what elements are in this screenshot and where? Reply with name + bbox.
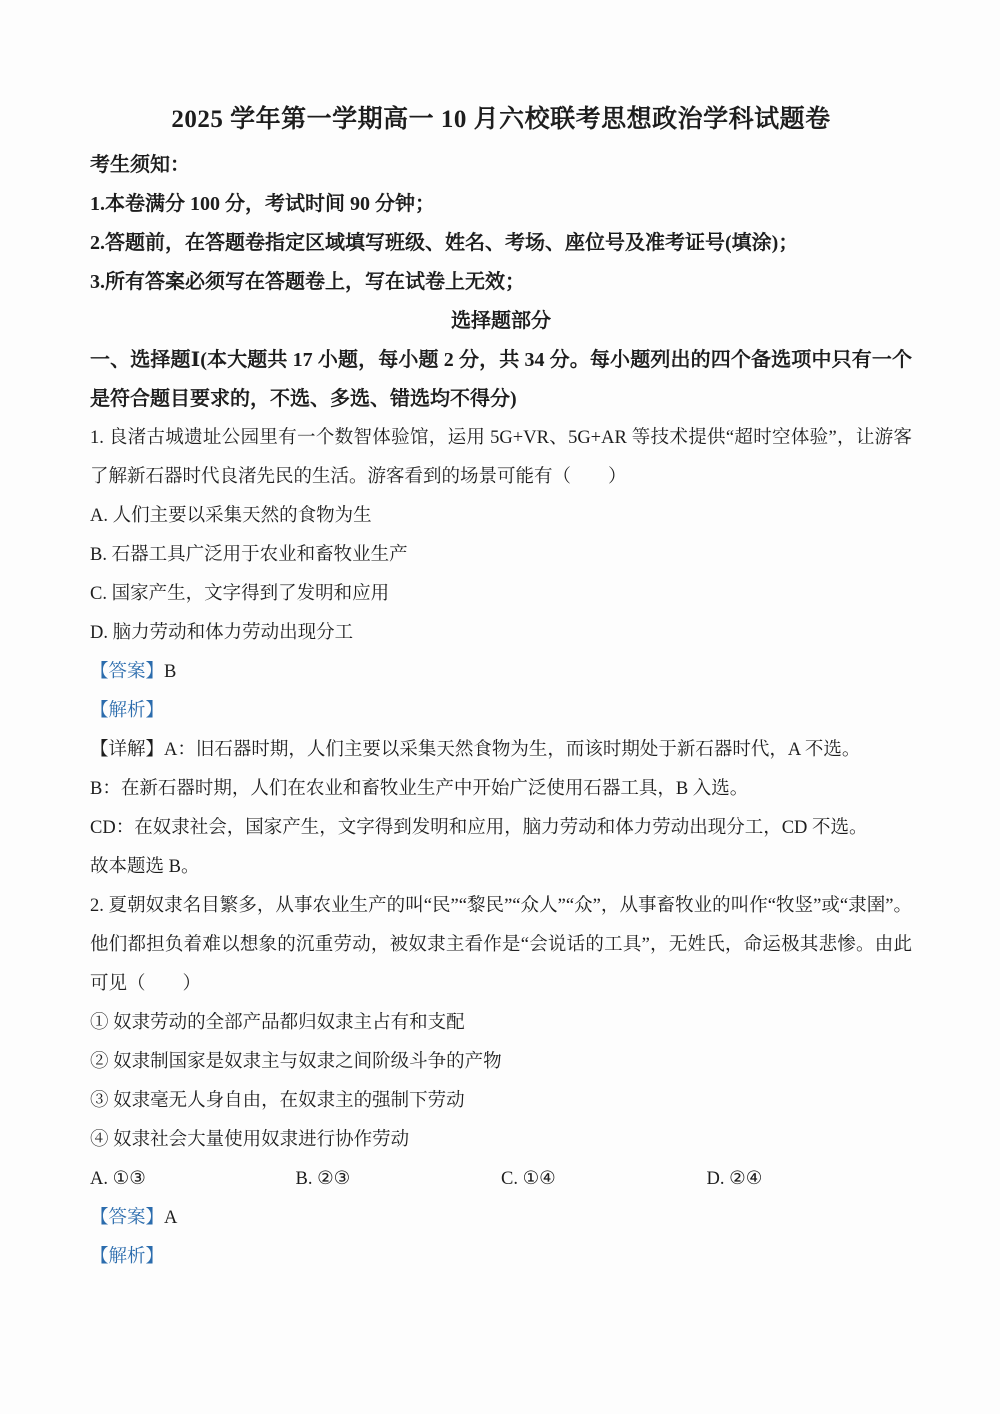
question-2-choice-b: B. ②③	[296, 1160, 502, 1199]
question-1-detail-conclusion: 故本题选 B。	[90, 848, 912, 887]
exam-paper-page: 2025 学年第一学期高一 10 月六校联考思想政治学科试题卷 考生须知： 1.…	[0, 0, 1000, 1414]
question-1-option-a: A. 人们主要以采集天然的食物为生	[90, 497, 912, 536]
part1-instruction: 一、选择题Ⅰ(本大题共 17 小题，每小题 2 分，共 34 分。每小题列出的四…	[90, 341, 912, 419]
question-1-stem: 1. 良渚古城遗址公园里有一个数智体验馆，运用 5G+VR、5G+AR 等技术提…	[90, 419, 912, 497]
answer-label: 【答案】	[90, 662, 164, 682]
answer-label: 【答案】	[90, 1208, 164, 1228]
question-2-stem: 2. 夏朝奴隶名目繁多，从事农业生产的叫“民”“黎民”“众人”“众”，从事畜牧业…	[90, 887, 912, 1004]
question-1-option-d: D. 脑力劳动和体力劳动出现分工	[90, 614, 912, 653]
question-2-subitem-1: ① 奴隶劳动的全部产品都归奴隶主占有和支配	[90, 1004, 912, 1043]
notice-item-2: 2.答题前，在答题卷指定区域填写班级、姓名、考场、座位号及准考证号(填涂)；	[90, 224, 912, 263]
notice-heading: 考生须知：	[90, 146, 912, 185]
notice-item-1: 1.本卷满分 100 分，考试时间 90 分钟；	[90, 185, 912, 224]
question-2-choices-row: A. ①③B. ②③C. ①④D. ②④	[90, 1160, 912, 1199]
question-2: 2. 夏朝奴隶名目繁多，从事农业生产的叫“民”“黎民”“众人”“众”，从事畜牧业…	[90, 887, 912, 1277]
question-1-option-b: B. 石器工具广泛用于农业和畜牧业生产	[90, 536, 912, 575]
question-1-answer-value: B	[164, 662, 176, 682]
question-2-choice-a: A. ①③	[90, 1160, 296, 1199]
section-heading: 选择题部分	[90, 302, 912, 341]
question-1-detail-line-2: B：在新石器时期，人们在农业和畜牧业生产中开始广泛使用石器工具，B 入选。	[90, 770, 912, 809]
question-2-subitem-2: ② 奴隶制国家是奴隶主与奴隶之间阶级斗争的产物	[90, 1043, 912, 1082]
question-2-analysis-label: 【解析】	[90, 1238, 912, 1277]
question-1-detail-line-3: CD：在奴隶社会，国家产生，文字得到发明和应用，脑力劳动和体力劳动出现分工，CD…	[90, 809, 912, 848]
question-1: 1. 良渚古城遗址公园里有一个数智体验馆，运用 5G+VR、5G+AR 等技术提…	[90, 419, 912, 887]
notice-item-3: 3.所有答案必须写在答题卷上，写在试卷上无效；	[90, 263, 912, 302]
question-2-choice-d: D. ②④	[707, 1160, 913, 1199]
question-1-option-c: C. 国家产生，文字得到了发明和应用	[90, 575, 912, 614]
question-1-detail-line-1: 【详解】A：旧石器时期，人们主要以采集天然食物为生，而该时期处于新石器时代，A …	[90, 731, 912, 770]
question-2-answer-line: 【答案】A	[90, 1199, 912, 1238]
question-2-subitem-3: ③ 奴隶毫无人身自由，在奴隶主的强制下劳动	[90, 1082, 912, 1121]
question-1-answer-line: 【答案】B	[90, 653, 912, 692]
question-2-answer-value: A	[164, 1208, 177, 1228]
question-2-choice-c: C. ①④	[501, 1160, 707, 1199]
page-title: 2025 学年第一学期高一 10 月六校联考思想政治学科试题卷	[90, 100, 912, 140]
question-2-subitem-4: ④ 奴隶社会大量使用奴隶进行协作劳动	[90, 1121, 912, 1160]
question-1-analysis-label: 【解析】	[90, 692, 912, 731]
